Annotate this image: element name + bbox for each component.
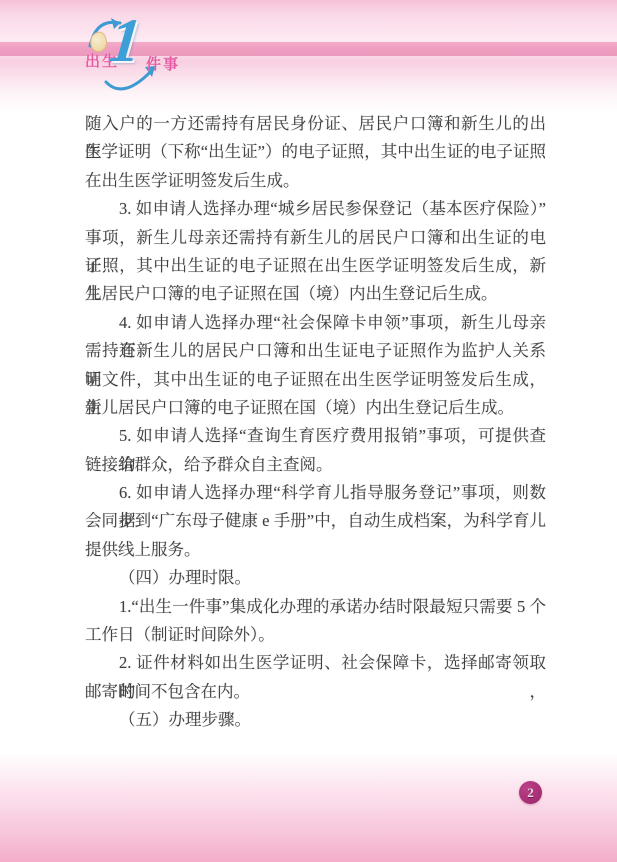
page-header: 出生 1 件事 [0,0,617,112]
text-line: 6. 如申请人选择办理“科学育儿指导服务登记”事项，则数据 [85,479,546,507]
text-line: 提供线上服务。 [85,536,546,564]
text-line: 证照，其中出生证的电子证照在出生医学证明签发后生成，新生 [85,252,546,280]
page-footer: 2 [0,752,617,862]
text-line: 事项，新生儿母亲还需持有新生儿的居民户口簿和出生证的电子 [85,224,546,252]
text-line: 链接给群众，给予群众自主查阅。 [85,451,546,479]
text-line: 4. 如申请人选择办理“社会保障卡申领”事项，新生儿母亲还 [85,309,546,337]
page-number-badge: 2 [519,781,542,804]
text-line: （四）办理时限。 [85,564,546,592]
text-line: 随入户的一方还需持有居民身份证、居民户口簿和新生儿的出生 [85,110,546,138]
text-line: 在出生医学证明签发后生成。 [85,167,546,195]
text-line: 2. 证件材料如出生医学证明、社会保障卡，选择邮寄领取的， [85,649,546,677]
text-line: （五）办理步骤。 [85,706,546,734]
text-line: 儿居民户口簿的电子证照在国（境）内出生登记后生成。 [85,280,546,308]
text-line: 1.“出生一件事”集成化办理的承诺办结时限最短只需要 5 个 [85,593,546,621]
page-number: 2 [527,785,534,801]
document-text: 随入户的一方还需持有居民身份证、居民户口簿和新生儿的出生医学证明（下称“出生证”… [85,110,546,735]
logo-text-suffix: 件事 [146,53,180,74]
text-line: 生儿居民户口簿的电子证照在国（境）内出生登记后生成。 [85,394,546,422]
document-page: 出生 1 件事 随入户的一方还需持有居民身份证、居民户口簿和新生儿的出生医学证明… [0,0,617,862]
birth-one-thing-logo: 出生 1 件事 [70,8,194,100]
text-line: 需持有新生儿的居民户口簿和出生证电子证照作为监护人关系证 [85,337,546,365]
text-line: 工作日（制证时间除外）。 [85,621,546,649]
text-line: 明文件，其中出生证的电子证照在出生医学证明签发后生成，新 [85,366,546,394]
text-line: 5. 如申请人选择“查询生育医疗费用报销”事项，可提供查询 [85,422,546,450]
text-line: 会同步到“广东母子健康 e 手册”中，自动生成档案，为科学育儿 [85,507,546,535]
text-line: 3. 如申请人选择办理“城乡居民参保登记（基本医疗保险）” [85,195,546,223]
text-line: 医学证明（下称“出生证”）的电子证照，其中出生证的电子证照 [85,138,546,166]
